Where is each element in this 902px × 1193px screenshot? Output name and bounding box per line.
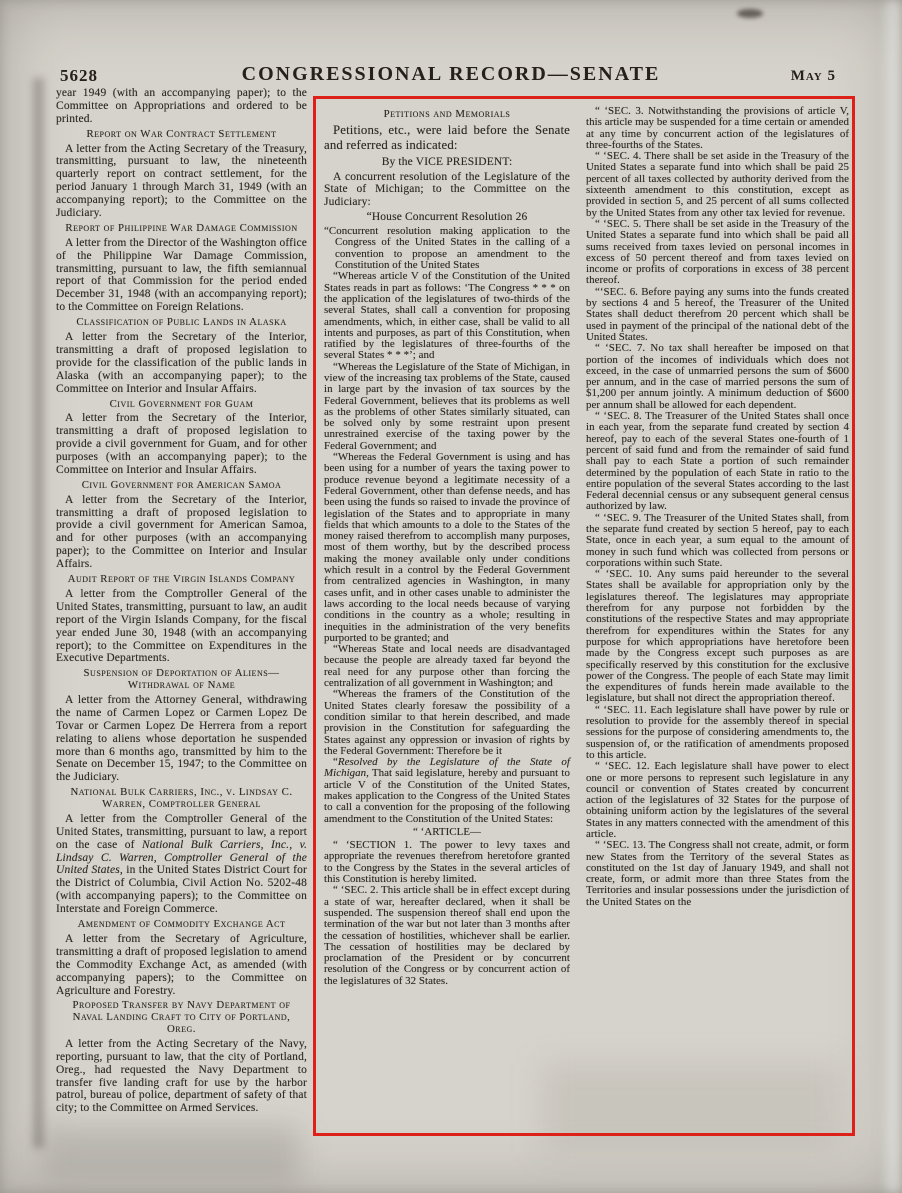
paragraph: A letter from the Director of the Washin… [56,237,307,314]
section-heading: Report of Philippine War Damage Commissi… [62,223,301,235]
paragraph: “ ‘SEC. 9. The Treasurer of the United S… [586,513,849,569]
document-page: 5628 CONGRESSIONAL RECORD—SENATE May 5 y… [0,0,902,1193]
paragraph: “Whereas the Federal Government is using… [324,452,570,644]
column-left: year 1949 (with an accompanying paper); … [56,87,307,1115]
paragraph: “ ‘SEC. 10. Any sums paid hereunder to t… [586,569,849,705]
section-heading: National Bulk Carriers, Inc., v. Lindsay… [62,787,301,811]
scan-blotch [40,1125,300,1185]
section-heading: Petitions and Memorials [330,109,564,121]
paragraph: “ ‘SEC. 7. No tax shall hereafter be imp… [586,343,849,411]
paragraph: “ ‘SEC. 3. Notwithstanding the provision… [586,106,849,151]
section-heading: Suspension of Deportation of Aliens— Wit… [62,668,301,692]
page-title: CONGRESSIONAL RECORD—SENATE [0,63,902,86]
paragraph: A concurrent resolution of the Legislatu… [324,171,570,210]
paragraph: “ ‘SEC. 13. The Congress shall not creat… [586,840,849,908]
paragraph: A letter from the Comptroller General of… [56,588,307,665]
section-heading: Civil Government for Guam [62,399,301,411]
paragraph: “ ‘SEC. 4. There shall be set aside in t… [586,151,849,219]
paragraph: “ ‘SEC. 2. This article shall be in effe… [324,885,570,987]
paragraph: “ ‘SEC. 5. There shall be set aside in t… [586,219,849,287]
paragraph: A letter from the Comptroller General of… [56,813,307,916]
column-middle: Petitions and MemorialsPetitions, etc., … [324,106,570,987]
paragraph: A letter from the Acting Secretary of th… [56,1038,307,1115]
paragraph: “Whereas the framers of the Constitution… [324,689,570,757]
paragraph: “ ‘SEC. 11. Each legislature shall have … [586,705,849,761]
section-heading: Amendment of Commodity Exchange Act [62,919,301,931]
paragraph: “Resolved by the Legislature of the Stat… [324,757,570,825]
paragraph: year 1949 (with an accompanying paper); … [56,87,307,126]
page-date: May 5 [791,68,836,85]
paragraph: “ ‘ARTICLE— [324,827,570,838]
section-heading: Civil Government for American Samoa [62,480,301,492]
paragraph: “ ‘SECTION 1. The power to levy taxes an… [324,840,570,885]
paragraph: A letter from the Secretary of the Inter… [56,331,307,396]
paragraph: “ ‘SEC. 8. The Treasurer of the United S… [586,411,849,513]
paragraph: “ ‘SEC. 12. Each legislature shall have … [586,761,849,840]
column-right: “ ‘SEC. 3. Notwithstanding the provision… [586,106,849,908]
paragraph: “Whereas article V of the Constitution o… [324,271,570,361]
paragraph: “Concurrent resolution making applicatio… [324,226,570,271]
section-heading: Audit Report of the Virgin Islands Compa… [62,574,301,586]
section-heading: Classification of Public Lands in Alaska [62,317,301,329]
section-heading: Report on War Contract Settlement [62,129,301,141]
scan-edge-highlight [886,0,902,1193]
paragraph: A letter from the Secretary of the Inter… [56,412,307,477]
paragraph: “Whereas the Legislature of the State of… [324,362,570,452]
paragraph: A letter from the Acting Secretary of th… [56,143,307,220]
scan-smudge [737,9,763,18]
paragraph: “‘SEC. 6. Before paying any sums into th… [586,287,849,343]
paragraph: “House Concurrent Resolution 26 [324,211,570,224]
paragraph: A letter from the Secretary of Agricultu… [56,933,307,998]
paragraph: By the VICE PRESIDENT: [324,156,570,169]
section-heading: Proposed Transfer by Navy Department of … [62,1000,301,1035]
paragraph: A letter from the Attorney General, with… [56,694,307,784]
scan-gutter-shadow [33,78,44,1148]
paragraph: “Whereas State and local needs are disad… [324,644,570,689]
paragraph: Petitions, etc., were laid before the Se… [324,123,570,154]
paragraph: A letter from the Secretary of the Inter… [56,494,307,571]
